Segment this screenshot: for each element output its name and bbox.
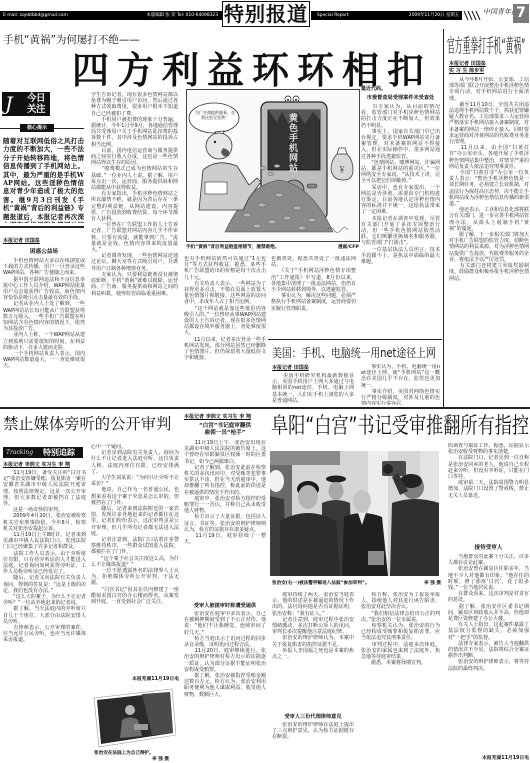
cartoon-credit: 漫画/CFP	[338, 245, 359, 251]
editor-email: E-mail: zqnbtbbd@gmail.com	[3, 11, 68, 20]
fuyang-column-4-part-2: 张治安的辩护律师在法庭上提出了三点辩护意见，认为检方证据链存在断裂。	[272, 722, 354, 763]
editor-contact: 本版编辑 张 荣 Tel: 010-64098323	[146, 11, 218, 20]
fuyang-column-6-part-1: 的调查与取证工作。据悉，证据显示张治安收受财物的事实清楚。 在法院门口，记者见到…	[448, 443, 529, 543]
lead-kicker: 手机“黄祸”为何屡打不绝——	[3, 34, 140, 47]
fuyang-column-6-part-2: 当地群众对此案十分关注，许多人都在议论此案。 张治安曾在颍泉区任职多年，当地不少…	[448, 554, 529, 755]
hatch-ornament-icon	[463, 10, 481, 21]
us-story-column-2: 事实认为，手机、电脑统一用net途径上网，使“手机网站”这一概念在美国几乎不存在…	[361, 364, 440, 405]
money-bag-label: ￥	[338, 165, 346, 174]
fuyang-byline: 本报记者 李润文 实习生 李 翔	[184, 414, 251, 420]
lead-cartoon: ￥ 为广告商提供服务，在我这里全免费！ 黄色手机网站	[186, 89, 360, 242]
fuyang-column-5: 检方称，张治安为了报复举报人，指使他人对其进行诬告陷害。张治安对此坚决否认。 “…	[361, 592, 440, 763]
lead-column-1: 手机色情网站大多以在线浏览或下载的方式传播，用户一旦登录这些WAP网站，各种广告…	[3, 258, 85, 404]
lead-byline: 本报记者 田国垒	[3, 238, 40, 244]
trial-photo-caption: 张治安在法庭上为自己辩护。	[94, 751, 154, 757]
us-story-byline: 本报记者 田国垒	[272, 365, 309, 371]
us-story-headline: 美国：手机、电脑统一用net途径上网	[272, 346, 436, 361]
badge-label-top: 今日	[27, 93, 45, 104]
lead-column-5: 有专家认为，从目前的情况看，监管部门对手机淫秽色情网站的打击力度正在不断加大，但…	[361, 104, 440, 336]
masthead-bar-left: E-mail: zqnbtbbd@gmail.com 本版编辑 张 荣 Tel:…	[0, 11, 222, 20]
issue-date: 2009年11月20日 星期五	[409, 11, 459, 20]
fuyang-photo-credit: 李 强 摄	[424, 581, 441, 587]
fuyang-photo	[270, 451, 439, 576]
cartoon-phone-screen-text: 黄色手机网站	[287, 113, 297, 173]
lead-column-3: 也有手机网站依然可以通过“1元包月”等方式获得收益。据悉，某些手机广告联盟给出的…	[184, 256, 266, 404]
sidebar-byline-reporter: 本报记者 田国垒	[449, 61, 486, 67]
fuyang-column-4: 庭审持续了两天，张治安当庭表示，他的供述是在被逼迫的情况下作出的。法官询问他是否…	[272, 592, 354, 714]
fuyang-mid-column-part-1: 11月19日上午，张治安出现在芜湖市中级人民法院的被告席上。这个曾经在阜阳颍泉区…	[184, 440, 266, 602]
us-story-top-rule	[268, 339, 442, 340]
trial-column-2: 心中一个疑问。 记者见到法院有关负责人，询问为什么不让记者进入法庭旁听。这位负责…	[91, 444, 179, 676]
section-title-en: Special Report	[317, 11, 349, 20]
badge-label: 特别追踪	[43, 447, 75, 458]
lead-column-4: 也被查处，据悉共查处了一批违法网站。 《关于“手机网站淫秽色情专项整治”工作通报…	[271, 256, 356, 336]
lead-column-5-lead: 最近代码。	[361, 86, 386, 92]
badge-label-bottom: 关注	[27, 104, 45, 115]
lead-column-5-subhead: 市委督查局受理案件未受查处	[361, 95, 440, 102]
sidebar-byline-intern: 实 习 生 陈步军	[449, 68, 484, 74]
column-divider	[443, 29, 444, 408]
fuyang-headline: 阜阳“白宫”书记受审推翻所有指控	[271, 414, 529, 440]
section-title: 特别报道	[222, 1, 310, 27]
full-width-rule	[0, 407, 530, 409]
trial-byline: 本报记者 李润文 实习生 李 翔	[3, 462, 70, 468]
newspaper-logo: 中国青年报	[483, 6, 512, 18]
trial-photo-credit: 李 强 摄	[152, 757, 169, 763]
summary-label: 核心提示	[20, 124, 54, 132]
badge-script-glyph: J	[5, 92, 13, 116]
cartoon-speech-bubble-text: 为广告商提供服务，在我这里全免费！	[195, 110, 235, 120]
today-focus-badge: J 今日 关注	[2, 92, 50, 116]
trial-headline: 禁止媒体旁听的公开审判	[3, 414, 171, 434]
lead-column-2: 学生告诉记者，现在很多色情网站都以免费为幌子吸引用户访问，然后通过各种方式收取费…	[91, 92, 178, 404]
sidebar-body: 从今年8月开始，公安部、工信部等部门联合开展整治手机淫秽色情专项行动，对手机网站…	[449, 77, 529, 405]
special-tracking-badge: Tracking 特别追踪	[3, 447, 83, 458]
fuyang-column-6-subhead: 接待受审人	[448, 545, 529, 552]
trial-photo	[92, 688, 176, 748]
cartoon-caption: 手机“黄祸”背后利益链盘根错节，屡禁难绝。	[186, 245, 279, 251]
sidebar-headline: 官方重拳打手机“黄祸”	[447, 35, 525, 57]
fuyang-dateline: 本报芜湖11月19日电	[448, 756, 529, 762]
badge-script-text: Tracking	[6, 447, 33, 458]
us-story-column-1: 美国手机研究机构最新数据显示，美国手机用户上网大多通过与电脑相同的net途径，手…	[272, 373, 354, 405]
fuyang-subhead: “白宫”书记庭审翻供 雇佣一员“枪手”	[184, 423, 266, 437]
lead-summary: 随着对互联网低俗之风打击力度的不断加大，一些不法分子开始转移阵地，将色情信息传播…	[3, 137, 84, 223]
page-number: 7	[513, 4, 529, 23]
fuyang-mid-subhead: 受审人被提审时称遭受逼供	[184, 603, 266, 610]
fuyang-photo-caption: 张治安(右一)被法警押解进入法庭“参加审判”。	[272, 581, 370, 587]
trial-dateline: 本报芜湖11月19日电	[91, 677, 179, 683]
fuyang-mid-column-part-2: 张治安在庭审中多次表示，自己在被羁押期间受到了不公正对待。他说：“他们不让我睡觉…	[184, 611, 266, 763]
trial-column-1: 11月19日，备受关注的“白宫书记”张治安涉嫌受贿、报复陷害一案在安徽省芜湖市中…	[3, 470, 86, 763]
masthead-bar-right: Special Report 2009年11月20日 星期五	[311, 11, 462, 20]
lead-subhead: 困惑公益场	[3, 249, 85, 256]
fuyang-column-4-subhead: 受审人三份代理律师意见	[272, 714, 354, 721]
summary-bottom-rule	[0, 226, 84, 228]
